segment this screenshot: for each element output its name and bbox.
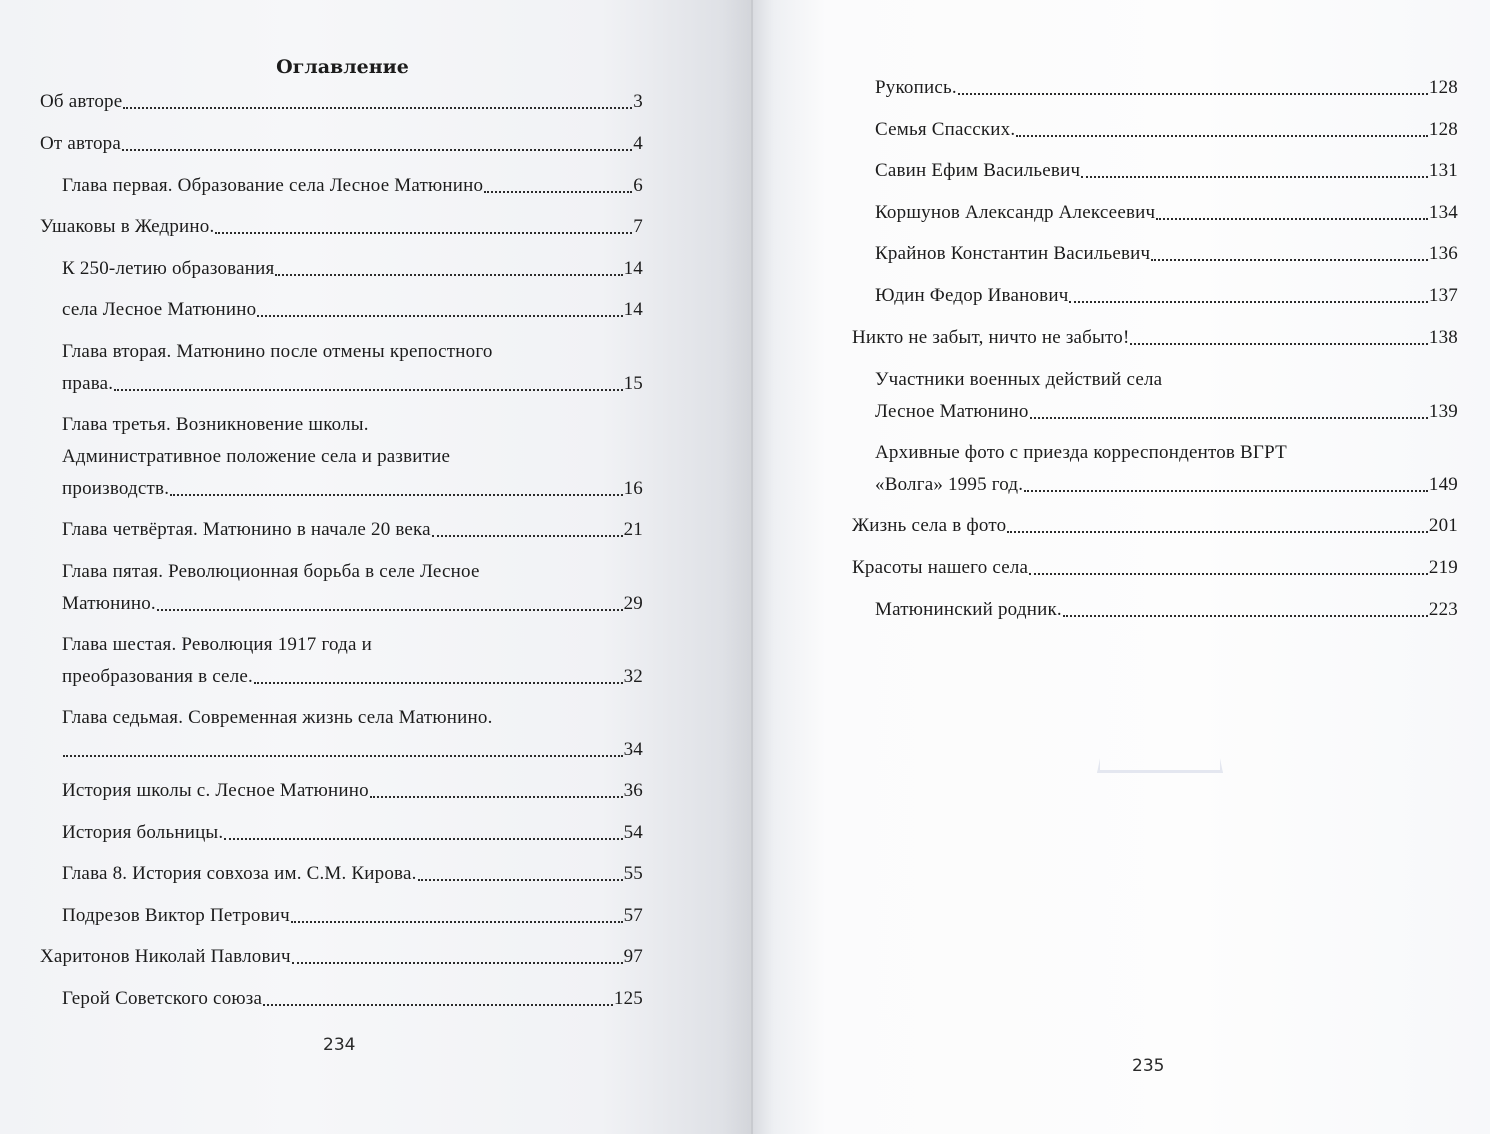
dot-leader: [257, 315, 622, 317]
toc-page-number: 55: [624, 858, 643, 890]
dot-leader: [1069, 301, 1427, 303]
toc-entry: Глава третья. Возникновение школы.Админи…: [62, 409, 643, 505]
toc-entry: Савин Ефим Васильевич131: [875, 155, 1458, 187]
dot-leader: [1024, 490, 1428, 492]
toc-entry-title: преобразования в селе.: [62, 661, 253, 693]
toc-entry-title: права.: [62, 368, 113, 400]
book-spine: [751, 0, 753, 1134]
dot-leader: [291, 921, 623, 923]
toc-entry: Рукопись.128: [875, 72, 1458, 104]
toc-entry: Герой Советского союза125: [62, 983, 643, 1015]
dot-leader: [370, 796, 623, 798]
toc-page-number: 6: [633, 170, 643, 202]
dot-leader: [1130, 343, 1427, 345]
toc-entry-title: К 250-летию образования: [62, 253, 274, 285]
dot-leader: [254, 682, 623, 684]
toc-entry-title: Административное положение села и развит…: [62, 441, 643, 473]
toc-entry: Об авторе3: [40, 86, 643, 118]
toc-entry-title: Глава 8. История совхоза им. С.М. Кирова…: [62, 858, 417, 890]
toc-entry: Глава вторая. Матюнино после отмены креп…: [62, 336, 643, 400]
dot-leader: [1151, 259, 1428, 261]
dot-leader: [292, 962, 623, 964]
toc-page-number: 21: [624, 514, 643, 546]
dot-leader: [114, 389, 622, 391]
toc-entry-title: Герой Советского союза: [62, 983, 262, 1015]
dot-leader: [1063, 615, 1428, 617]
toc-entry: Участники военных действий селаЛесное Ма…: [875, 364, 1458, 428]
toc-page-number: 3: [633, 86, 643, 118]
toc-page-number: 128: [1429, 114, 1458, 146]
dot-leader: [157, 609, 623, 611]
toc-entry: Глава шестая. Революция 1917 года ипреоб…: [62, 629, 643, 693]
toc-page-number: 201: [1429, 510, 1458, 542]
toc-entry: История школы с. Лесное Матюнино36: [62, 775, 643, 807]
toc-entry: Архивные фото с приезда корреспондентов …: [875, 437, 1458, 501]
toc-page-number: 14: [624, 253, 643, 285]
toc-entry: Красоты нашего села219: [852, 552, 1458, 584]
dot-leader: [1016, 135, 1428, 137]
dot-leader: [263, 1004, 613, 1006]
toc-page-number: 7: [633, 211, 643, 243]
toc-entry-title: Глава седьмая. Современная жизнь села Ма…: [62, 702, 643, 734]
dot-leader: [215, 232, 632, 234]
page-number-left: 234: [323, 1035, 355, 1055]
toc-entry-title: Ушаковы в Жедрино.: [40, 211, 214, 243]
toc-page-number: 137: [1429, 280, 1458, 312]
toc-entry: Никто не забыт, ничто не забыто!138: [852, 322, 1458, 354]
dot-leader: [1007, 531, 1428, 533]
toc-page-number: 4: [633, 128, 643, 160]
toc-entry-title: История больницы.: [62, 817, 223, 849]
toc-entry: Подрезов Виктор Петрович57: [62, 900, 643, 932]
toc-entry: Юдин Федор Иванович137: [875, 280, 1458, 312]
toc-page-number: 128: [1429, 72, 1458, 104]
toc-page-number: 32: [624, 661, 643, 693]
dot-leader: [958, 93, 1428, 95]
toc-entry-title: Глава пятая. Революционная борьба в селе…: [62, 556, 643, 588]
toc-entry-title: производств.: [62, 473, 169, 505]
toc-page-number: 139: [1429, 396, 1458, 428]
toc-entry-title: Архивные фото с приезда корреспондентов …: [875, 437, 1458, 469]
toc-entry-title: Коршунов Александр Алексеевич: [875, 197, 1155, 229]
toc-entry: Семья Спасских.128: [875, 114, 1458, 146]
toc-entry-title: История школы с. Лесное Матюнино: [62, 775, 369, 807]
toc-entry: Коршунов Александр Алексеевич134: [875, 197, 1458, 229]
toc-entry-title: Глава первая. Образование села Лесное Ма…: [62, 170, 483, 202]
toc-page-number: 57: [624, 900, 643, 932]
toc-entry: Глава 8. История совхоза им. С.М. Кирова…: [62, 858, 643, 890]
toc-entry-title: Глава третья. Возникновение школы.: [62, 409, 643, 441]
toc-entry-title: Участники военных действий села: [875, 364, 1458, 396]
toc-entry-title: Жизнь села в фото: [852, 510, 1006, 542]
dot-leader: [275, 274, 622, 276]
dot-leader: [418, 879, 623, 881]
toc-entry-title: Матюнино.: [62, 588, 156, 620]
dot-leader: [1030, 417, 1428, 419]
toc-entry-title: Юдин Федор Иванович: [875, 280, 1068, 312]
toc-entry-title: села Лесное Матюнино: [62, 294, 256, 326]
toc-page-number: 219: [1429, 552, 1458, 584]
toc-page-number: 136: [1429, 238, 1458, 270]
toc-entry: История больницы.54: [62, 817, 643, 849]
dot-leader: [123, 107, 632, 109]
toc-page-number: 134: [1429, 197, 1458, 229]
toc-entry-title: Савин Ефим Васильевич: [875, 155, 1080, 187]
toc-entry-title: Глава вторая. Матюнино после отмены креп…: [62, 336, 643, 368]
dot-leader: [224, 838, 622, 840]
toc-page-number: 14: [624, 294, 643, 326]
toc-entry: Ушаковы в Жедрино.7: [40, 211, 643, 243]
dot-leader: [1081, 176, 1428, 178]
toc-page-number: 97: [624, 941, 643, 973]
toc-entry: Глава седьмая. Современная жизнь села Ма…: [62, 702, 643, 766]
toc-entry-title: Матюнинский родник.: [875, 594, 1062, 626]
toc-page-number: 138: [1429, 322, 1458, 354]
toc-entry-title: От автора: [40, 128, 121, 160]
toc-page-number: 54: [624, 817, 643, 849]
toc-entry-title: Красоты нашего села: [852, 552, 1028, 584]
toc-entry-title: Никто не забыт, ничто не забыто!: [852, 322, 1129, 354]
toc-page-number: 16: [624, 473, 643, 505]
dot-leader: [170, 494, 622, 496]
toc-heading: Оглавление: [180, 56, 505, 78]
toc-entry-title: Об авторе: [40, 86, 122, 118]
toc-entry: Глава четвёртая. Матюнино в начале 20 ве…: [62, 514, 643, 546]
toc-entry: Крайнов Константин Васильевич136: [875, 238, 1458, 270]
toc-entry-title: Семья Спасских.: [875, 114, 1015, 146]
toc-page-number: 36: [624, 775, 643, 807]
toc-entry-title: «Волга» 1995 год.: [875, 469, 1023, 501]
toc-entry-title: Глава шестая. Революция 1917 года и: [62, 629, 643, 661]
toc-page-number: 34: [624, 734, 643, 766]
toc-entry-title: Подрезов Виктор Петрович: [62, 900, 290, 932]
toc-entry-title: Лесное Матюнино: [875, 396, 1029, 428]
toc-page-number: 15: [624, 368, 643, 400]
toc-entry: Харитонов Николай Павлович97: [40, 941, 643, 973]
toc-entry: Глава пятая. Революционная борьба в селе…: [62, 556, 643, 620]
toc-entry: К 250-летию образования14: [62, 253, 643, 285]
toc-entry-title: Глава четвёртая. Матюнино в начале 20 ве…: [62, 514, 431, 546]
dot-leader: [432, 535, 623, 537]
toc-entry: Матюнинский родник.223: [875, 594, 1458, 626]
toc-page-number: 149: [1429, 469, 1458, 501]
toc-page-number: 131: [1429, 155, 1458, 187]
toc-entry: Жизнь села в фото201: [852, 510, 1458, 542]
page-number-right: 235: [1132, 1056, 1164, 1076]
toc-page-number: 29: [624, 588, 643, 620]
toc-entry: села Лесное Матюнино14: [62, 294, 643, 326]
dot-leader: [1156, 218, 1428, 220]
toc-entry: От автора4: [40, 128, 643, 160]
toc-entry: Глава первая. Образование села Лесное Ма…: [62, 170, 643, 202]
toc-entry-title: Крайнов Константин Васильевич: [875, 238, 1150, 270]
toc-entry-title: Харитонов Николай Павлович: [40, 941, 291, 973]
dot-leader: [484, 191, 632, 193]
toc-page-number: 125: [614, 983, 643, 1015]
dot-leader: [122, 149, 632, 151]
dot-leader: [63, 755, 623, 757]
toc-entry-title: Рукопись.: [875, 72, 957, 104]
dot-leader: [1029, 573, 1428, 575]
toc-page-number: 223: [1429, 594, 1458, 626]
